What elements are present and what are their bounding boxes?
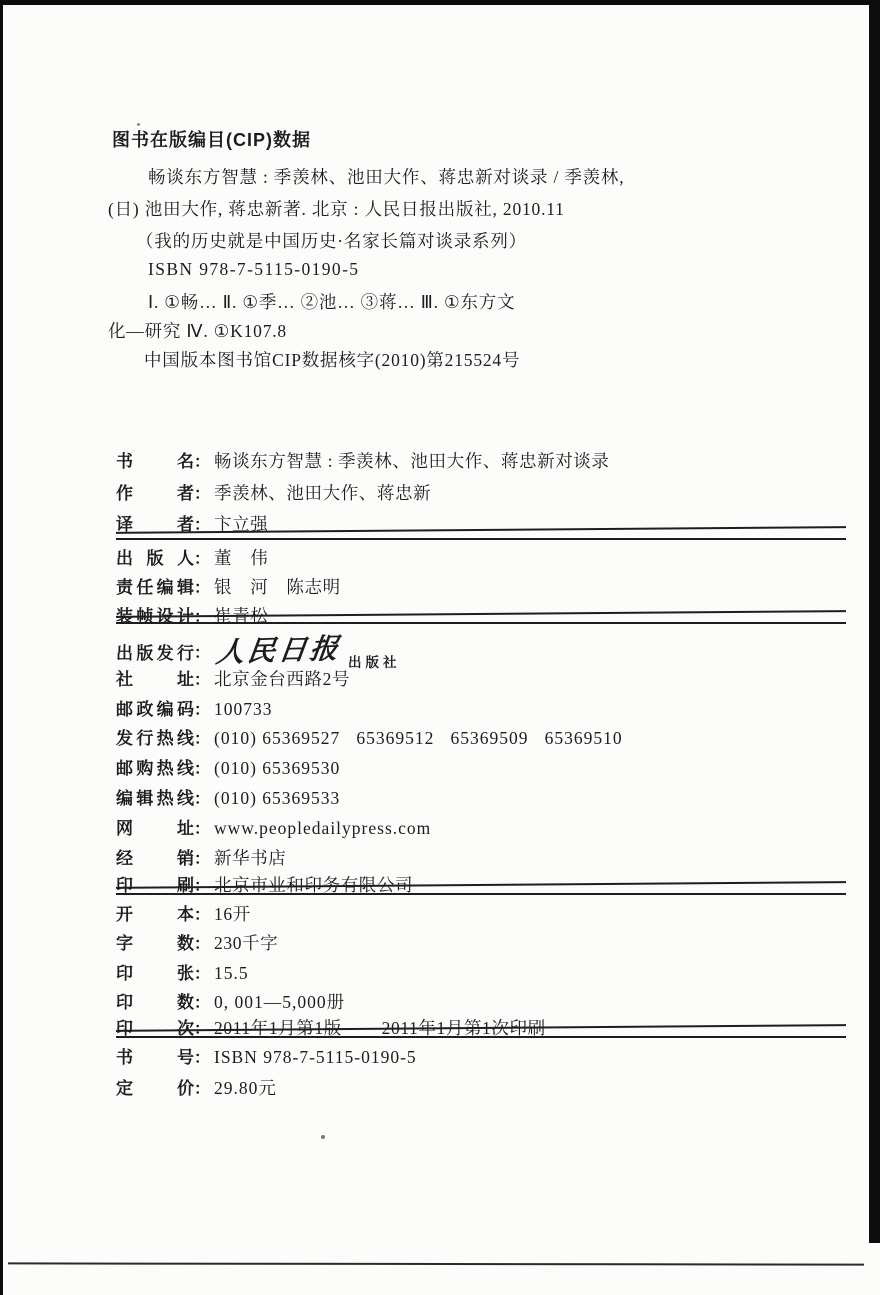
row-colon: ： <box>194 667 214 690</box>
scan-edge-right <box>869 0 880 1243</box>
row-label: 印数 <box>116 988 194 1013</box>
cip-isbn-line: ISBN 978-7-5115-0190-5 <box>148 259 359 280</box>
scan-edge-bottom <box>8 1262 864 1265</box>
row-website: 网址：www.peopledailypress.com <box>116 814 431 839</box>
row-value: 230千字 <box>214 930 278 955</box>
row-value: 100733 <box>214 699 273 720</box>
row-label: 作者 <box>116 479 194 504</box>
row-word-count: 字数：230千字 <box>116 929 278 955</box>
row-postcode: 邮政编码：100733 <box>116 695 273 720</box>
row-colon: ： <box>194 1045 214 1068</box>
row-colon: ： <box>194 990 214 1013</box>
row-value: ISBN 978-7-5115-0190-5 <box>214 1047 417 1068</box>
row-label: 网址 <box>116 814 194 839</box>
row-distribution-hotline: 发行热线：(010) 65369527 65369512 65369509 65… <box>116 724 623 749</box>
row-format: 开本：16开 <box>116 900 251 926</box>
row-colon: ： <box>194 481 214 504</box>
row-value: 0, 001—5,000册 <box>214 989 345 1014</box>
row-label: 责任编辑 <box>116 573 194 598</box>
row-value: (010) 65369530 <box>214 758 340 779</box>
row-label: 编辑热线 <box>116 784 194 809</box>
row-colon: ： <box>194 575 214 598</box>
cip-classification-line: 化—研究 Ⅳ. ①K107.8 <box>108 318 287 343</box>
row-label: 书号 <box>116 1043 194 1068</box>
scan-edge-left <box>0 0 3 1295</box>
cip-record-number: 中国版本图书馆CIP数据核字(2010)第215524号 <box>144 347 520 372</box>
row-label: 邮政编码 <box>116 695 194 720</box>
row-label: 定价 <box>116 1074 194 1099</box>
section-divider <box>116 1036 846 1038</box>
row-editorial-hotline: 编辑热线：(010) 65369533 <box>116 784 340 809</box>
row-value: (010) 65369527 65369512 65369509 6536951… <box>214 728 623 749</box>
row-value: 银 河 陈志明 <box>214 574 341 599</box>
row-colon: ： <box>194 697 214 720</box>
row-label: 字数 <box>116 929 194 954</box>
row-label: 书名 <box>116 447 194 472</box>
row-price: 定价：29.80元 <box>116 1074 277 1100</box>
row-colon: ： <box>194 726 214 749</box>
people-daily-logo-suffix: 出版社 <box>348 651 401 671</box>
section-divider <box>116 893 846 895</box>
row-colon: ： <box>194 931 214 954</box>
scan-edge-top <box>0 0 880 5</box>
row-colon: ： <box>194 786 214 809</box>
row-colon: ： <box>194 902 214 925</box>
row-colon: ： <box>194 756 214 779</box>
cip-line: （我的历史就是中国历史·名家长篇对谈录系列） <box>136 228 527 253</box>
row-colon: ： <box>194 961 214 984</box>
row-value: 29.80元 <box>214 1075 277 1100</box>
row-distributor: 经销：新华书店 <box>116 844 286 870</box>
row-colon: ： <box>194 846 214 869</box>
scan-speck <box>321 1135 325 1139</box>
cip-line: (日) 池田大作, 蒋忠新著. 北京 : 人民日报出版社, 2010.11 <box>108 196 565 221</box>
row-label: 发行热线 <box>116 724 194 749</box>
row-isbn: 书号：ISBN 978-7-5115-0190-5 <box>116 1043 417 1068</box>
cip-line: 畅谈东方智慧 : 季羡林、池田大作、蒋忠新对谈录 / 季羡林, <box>148 164 624 189</box>
row-value: 北京金台西路2号 <box>214 666 350 691</box>
row-address: 社址：北京金台西路2号 <box>116 665 350 691</box>
row-value: www.peopledailypress.com <box>214 818 431 839</box>
row-label: 开本 <box>116 900 194 925</box>
row-value: 董 伟 <box>214 545 268 570</box>
row-value: 季羡林、池田大作、蒋忠新 <box>214 480 431 505</box>
cip-header: 图书在版编目(CIP)数据 <box>112 126 311 152</box>
row-label: 经销 <box>116 844 194 869</box>
row-colon: ： <box>194 546 214 569</box>
row-value: 16开 <box>214 901 251 926</box>
row-value: 畅谈东方智慧 : 季羡林、池田大作、蒋忠新对谈录 <box>214 448 610 473</box>
book-copyright-page: 图书在版编目(CIP)数据 畅谈东方智慧 : 季羡林、池田大作、蒋忠新对谈录 /… <box>0 0 880 1295</box>
cip-classification-line: Ⅰ. ①畅… Ⅱ. ①季… ②池… ③蒋… Ⅲ. ①东方文 <box>148 289 515 314</box>
row-print-run: 印数：0, 001—5,000册 <box>116 988 345 1014</box>
row-author: 作者：季羡林、池田大作、蒋忠新 <box>116 479 431 505</box>
row-label: 邮购热线 <box>116 754 194 779</box>
row-label: 出版人 <box>116 544 194 569</box>
row-editor: 责任编辑：银 河 陈志明 <box>116 573 341 599</box>
row-colon: ： <box>194 640 214 663</box>
row-colon: ： <box>194 1076 214 1099</box>
row-colon: ： <box>194 816 214 839</box>
row-book-title: 书名：畅谈东方智慧 : 季羡林、池田大作、蒋忠新对谈录 <box>116 447 610 473</box>
row-publisher-person: 出版人：董 伟 <box>116 544 268 570</box>
section-divider <box>116 622 846 624</box>
row-label: 印张 <box>116 959 194 984</box>
row-label: 出版发行 <box>116 639 194 664</box>
section-divider <box>116 538 846 540</box>
row-sheets: 印张：15.5 <box>116 959 249 984</box>
row-mailorder-hotline: 邮购热线：(010) 65369530 <box>116 754 340 779</box>
row-value: 15.5 <box>214 963 249 984</box>
row-value: 新华书店 <box>214 845 286 870</box>
row-colon: ： <box>194 449 214 472</box>
row-value: (010) 65369533 <box>214 788 340 809</box>
row-label: 社址 <box>116 665 194 690</box>
